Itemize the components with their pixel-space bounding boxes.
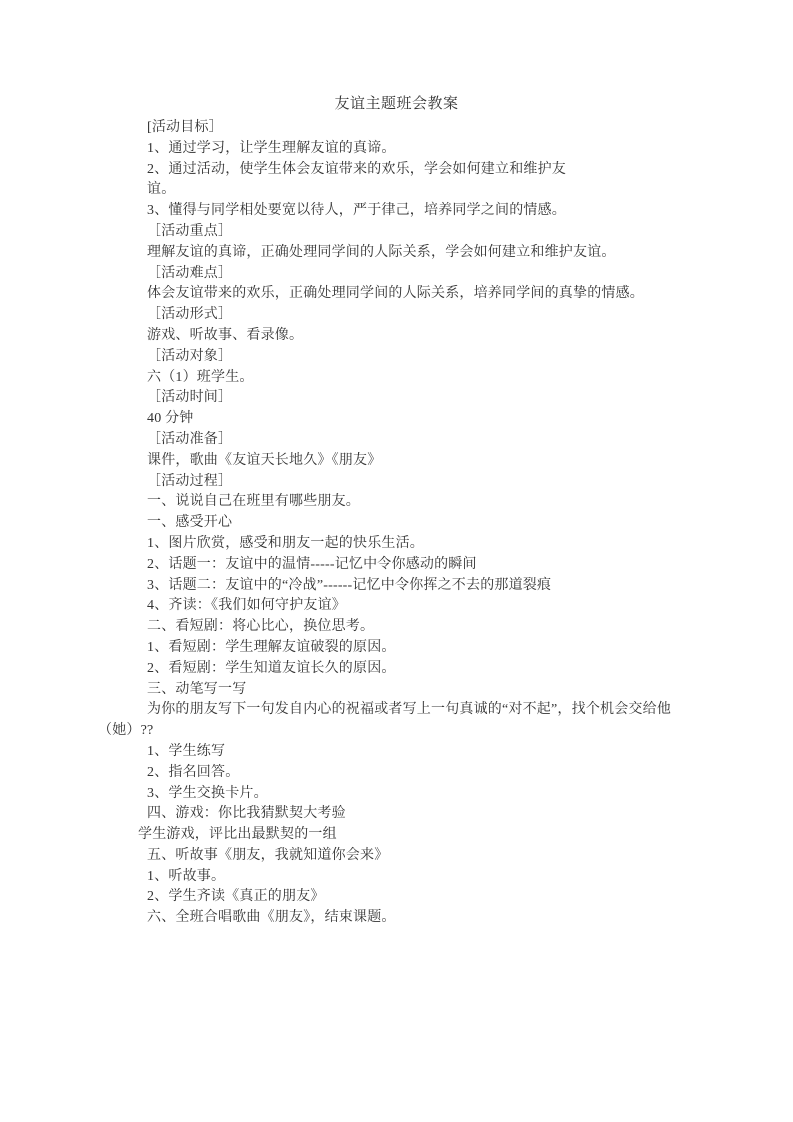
text-line: 2、通过活动，使学生体会友谊带来的欢乐，学会如何建立和维护友 [98, 160, 695, 181]
document-title: 友谊主题班会教案 [98, 94, 695, 115]
text-line: ［活动准备］ [98, 430, 695, 451]
document-body: [活动目标］1、通过学习，让学生理解友谊的真谛。2、通过活动，使学生体会友谊带来… [98, 118, 695, 929]
text-line: 2、指名回答。 [98, 763, 695, 784]
text-line: 1、听故事。 [98, 867, 695, 888]
text-line: 理解友谊的真谛，正确处理同学间的人际关系，学会如何建立和维护友谊。 [98, 243, 695, 264]
text-line: ［活动难点］ [98, 264, 695, 285]
text-line: 课件，歌曲《友谊天长地久》《朋友》 [98, 451, 695, 472]
text-line: 一、感受开心 [98, 513, 695, 534]
text-line: 谊。 [98, 180, 695, 201]
text-line: [活动目标］ [98, 118, 695, 139]
text-line: 体会友谊带来的欢乐，正确处理同学间的人际关系，培养同学间的真挚的情感。 [98, 284, 695, 305]
text-line: 二、看短剧：将心比心，换位思考。 [98, 617, 695, 638]
text-line: 六、全班合唱歌曲《朋友》，结束课题。 [98, 908, 695, 929]
text-line: 1、图片欣赏，感受和朋友一起的快乐生活。 [98, 534, 695, 555]
text-line: （她）?? [98, 721, 695, 742]
text-line: 1、通过学习，让学生理解友谊的真谛。 [98, 139, 695, 160]
text-line: 3、懂得与同学相处要宽以待人，严于律己，培养同学之间的情感。 [98, 201, 695, 222]
text-line: 2、话题一：友谊中的温情-----记忆中令你感动的瞬间 [98, 555, 695, 576]
text-line: 3、学生交换卡片。 [98, 784, 695, 805]
text-line: ［活动形式］ [98, 305, 695, 326]
text-line: 3、话题二：友谊中的“冷战”------记忆中令你挥之不去的那道裂痕 [98, 576, 695, 597]
text-line: 四、游戏：你比我猜默契大考验 [98, 804, 695, 825]
document-page: 友谊主题班会教案 [活动目标］1、通过学习，让学生理解友谊的真谛。2、通过活动，… [0, 0, 793, 1122]
text-line: 六（1）班学生。 [98, 368, 695, 389]
text-line: 一、说说自己在班里有哪些朋友。 [98, 492, 695, 513]
text-line: ［活动重点］ [98, 222, 695, 243]
text-line: 4、齐读：《我们如何守护友谊》 [98, 596, 695, 617]
text-line: 2、看短剧：学生知道友谊长久的原因。 [98, 659, 695, 680]
text-line: 五、听故事《朋友，我就知道你会来》 [98, 846, 695, 867]
text-line: 学生游戏，评比出最默契的一组 [98, 825, 695, 846]
text-line: 三、动笔写一写 [98, 680, 695, 701]
text-line: 40 分钟 [98, 409, 695, 430]
text-line: 为你的朋友写下一句发自内心的祝福或者写上一句真诚的“对不起”，找个机会交给他 [98, 700, 695, 721]
text-line: 游戏、听故事、看录像。 [98, 326, 695, 347]
text-line: ［活动对象］ [98, 347, 695, 368]
text-line: 1、看短剧：学生理解友谊破裂的原因。 [98, 638, 695, 659]
text-line: ［活动过程］ [98, 472, 695, 493]
text-line: ［活动时间］ [98, 388, 695, 409]
text-line: 2、学生齐读《真正的朋友》 [98, 887, 695, 908]
text-line: 1、学生练写 [98, 742, 695, 763]
